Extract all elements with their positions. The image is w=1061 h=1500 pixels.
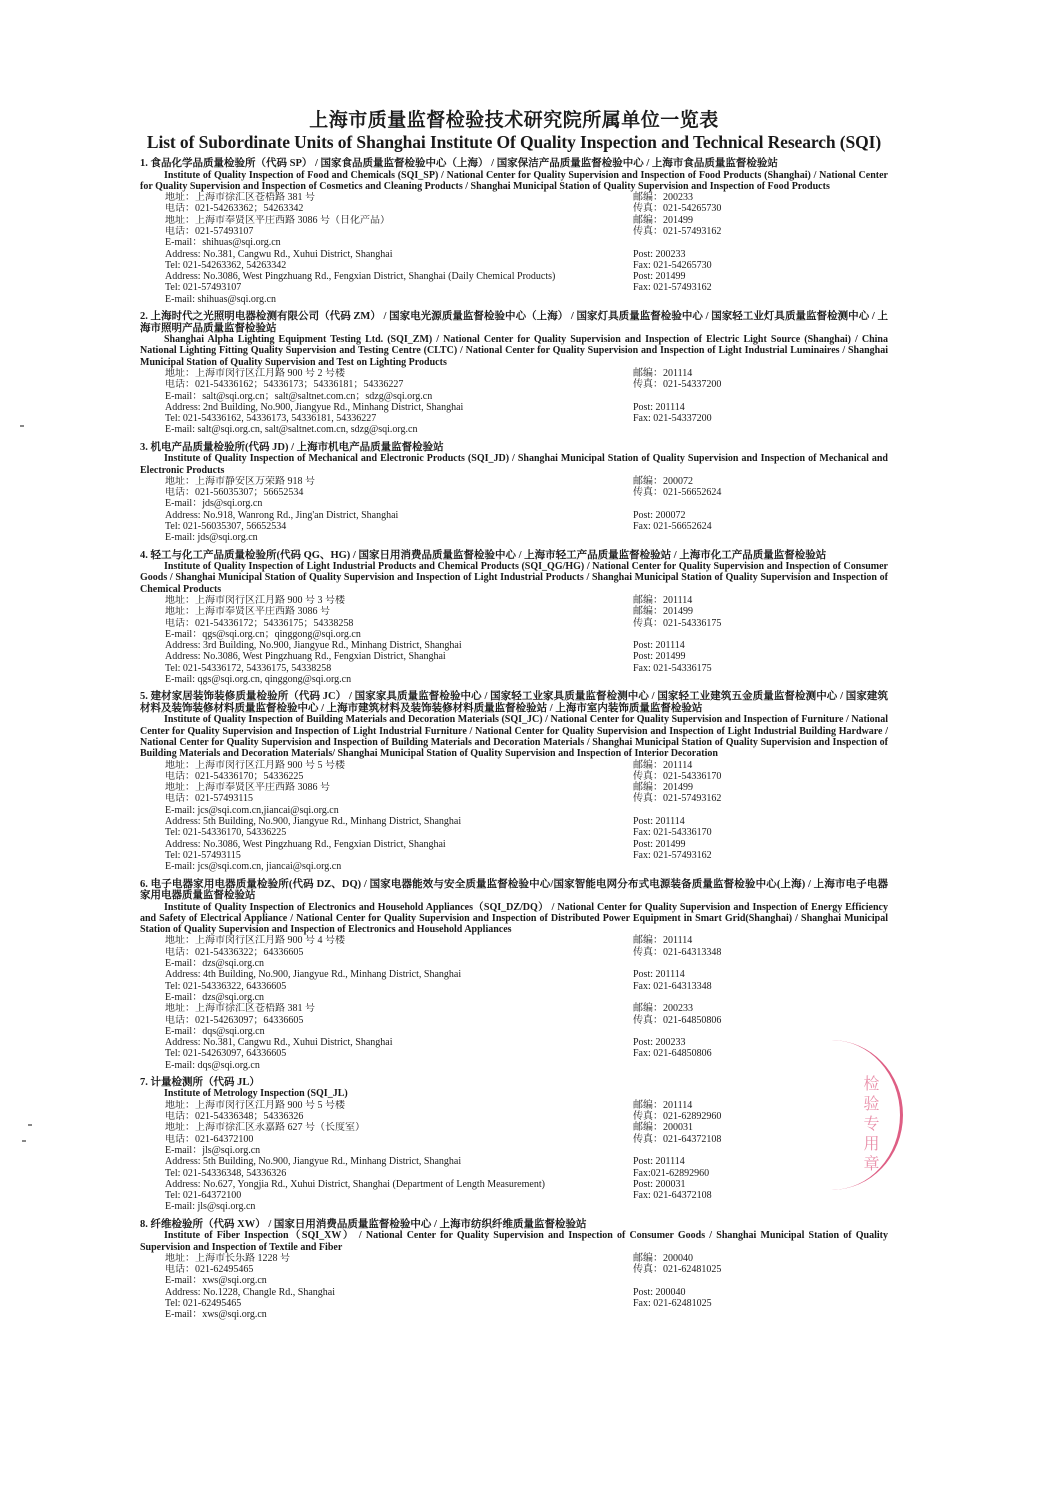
- contact-row: Address: 5th Building, No.900, Jiangyue …: [165, 816, 888, 827]
- contact-code: 邮编：200072: [633, 476, 888, 487]
- contact-detail: 电话：021-57493107: [165, 226, 633, 237]
- contact-code: [633, 294, 888, 305]
- contact-row: 地址：上海市徐汇区苍梧路 381 号邮编：200233: [165, 192, 888, 203]
- contact-detail: Address: 3rd Building, No.900, Jiangyue …: [165, 640, 633, 651]
- unit-heading-chinese: 3. 机电产品质量检验所(代码 JD) / 上海市机电产品质量监督检验站: [140, 442, 888, 454]
- contact-detail: E-mail：jds@sqi.org.cn: [165, 498, 633, 509]
- contact-detail: E-mail: jcs@sqi.com.cn,jiancai@sqi.org.c…: [165, 805, 633, 816]
- contact-detail: 电话：021-62495465: [165, 1264, 633, 1275]
- contact-code: 邮编：200040: [633, 1253, 888, 1264]
- contact-code: [633, 391, 888, 402]
- contact-code: Fax: 021-54337200: [633, 413, 888, 424]
- contact-detail: 电话：021-56035307；56652534: [165, 487, 633, 498]
- contact-detail: 电话：021-54336172；54336175；54338258: [165, 618, 633, 629]
- contact-detail: Tel: 021-54263097, 64336605: [165, 1048, 633, 1059]
- contact-code: [633, 1201, 888, 1212]
- contact-code: Fax: 021-57493162: [633, 850, 888, 861]
- contact-detail: 电话：021-54336348；54336326: [165, 1111, 633, 1122]
- contact-detail: 电话：021-54263362；54263342: [165, 203, 633, 214]
- unit-heading-chinese: 1. 食品化学品质量检验所（代码 SP） / 国家食品质量监督检验中心（上海） …: [140, 158, 888, 170]
- scan-mark: [20, 425, 24, 427]
- contact-detail: Address: 4th Building, No.900, Jiangyue …: [165, 969, 633, 980]
- contact-detail: 电话：021-64372100: [165, 1134, 633, 1145]
- contact-detail: 地址：上海市闵行区江月路 900 号 4 号楼: [165, 935, 633, 946]
- contact-row: Address: 3rd Building, No.900, Jiangyue …: [165, 640, 888, 651]
- contact-row: 电话：021-62495465传真：021-62481025: [165, 1264, 888, 1275]
- contact-detail: 电话：021-54336162；54336173；54336181；543362…: [165, 379, 633, 390]
- contact-code: 邮编：201499: [633, 782, 888, 793]
- unit-heading-english: Institute of Fiber Inspection（SQI_XW） / …: [140, 1230, 888, 1253]
- contact-detail: Tel: 021-62495465: [165, 1298, 633, 1309]
- contact-detail: E-mail: qgs@sqi.org.cn, qinggong@sqi.org…: [165, 674, 633, 685]
- contact-row: E-mail: jcs@sqi.com.cn, jiancai@sqi.org.…: [165, 861, 888, 872]
- contact-code: Fax: 021-57493162: [633, 282, 888, 293]
- contact-code: [633, 992, 888, 1003]
- unit-heading-chinese: 5. 建材家居装饰装修质量检验所（代码 JC） / 国家家具质量监督检验中心 /…: [140, 691, 888, 714]
- contact-row: 地址：上海市闵行区江月路 900 号 4 号楼邮编：201114: [165, 935, 888, 946]
- contact-detail: 地址：上海市闵行区江月路 900 号 5 号楼: [165, 1100, 633, 1111]
- contact-code: [633, 674, 888, 685]
- contact-code: 传真：021-62481025: [633, 1264, 888, 1275]
- contact-detail: Address: 5th Building, No.900, Jiangyue …: [165, 816, 633, 827]
- unit-heading-english: Institute of Quality Inspection of Elect…: [140, 902, 888, 936]
- contact-detail: Tel: 021-54336170, 54336225: [165, 827, 633, 838]
- unit-heading-english: Institute of Quality Inspection of Mecha…: [140, 453, 888, 476]
- contact-row: 地址：上海市闵行区江月路 900 号 3 号楼邮编：201114: [165, 595, 888, 606]
- contact-detail: E-mail：jls@sqi.org.cn: [165, 1145, 633, 1156]
- contact-detail: 地址：上海市闵行区江月路 900 号 5 号楼: [165, 760, 633, 771]
- scan-mark: [28, 1124, 32, 1126]
- contact-code: Fax: 021-64372108: [633, 1190, 888, 1201]
- contact-row: Tel: 021-54336172, 54336175, 54338258Fax…: [165, 663, 888, 674]
- contact-row: 电话：021-54336172；54336175；54338258传真：021-…: [165, 618, 888, 629]
- contact-row: 电话：021-54336170；54336225传真：021-54336170: [165, 771, 888, 782]
- unit-section: 5. 建材家居装饰装修质量检验所（代码 JC） / 国家家具质量监督检验中心 /…: [140, 691, 888, 872]
- unit-section: 4. 轻工与化工产品质量检验所(代码 QG、HG) / 国家日用消费品质量监督检…: [140, 550, 888, 686]
- contact-row: E-mail：qgs@sqi.org.cn；qinggong@sqi.org.c…: [165, 629, 888, 640]
- contact-row: E-mail：salt@sqi.org.cn；salt@saltnet.com.…: [165, 391, 888, 402]
- unit-heading-english: Shanghai Alpha Lighting Equipment Testin…: [140, 334, 888, 368]
- contact-row: Tel: 021-54336348, 54336326Fax:021-62892…: [165, 1168, 888, 1179]
- contact-row: E-mail：xws@sqi.org.cn: [165, 1309, 888, 1320]
- contact-detail: 地址：上海市奉贤区平庄西路 3086 号: [165, 782, 633, 793]
- contact-row: Tel: 021-54263097, 64336605Fax: 021-6485…: [165, 1048, 888, 1059]
- contact-code: Post: 201499: [633, 839, 888, 850]
- contact-detail: E-mail: jcs@sqi.com.cn, jiancai@sqi.org.…: [165, 861, 633, 872]
- contact-detail: 地址：上海市长乐路 1228 号: [165, 1253, 633, 1264]
- contact-code: Post: 200233: [633, 249, 888, 260]
- contact-detail: 电话：021-54336170；54336225: [165, 771, 633, 782]
- unit-section: 1. 食品化学品质量检验所（代码 SP） / 国家食品质量监督检验中心（上海） …: [140, 158, 888, 305]
- contact-row: E-mail: jls@sqi.org.cn: [165, 1201, 888, 1212]
- contact-code: Post: 201114: [633, 816, 888, 827]
- contact-row: 地址：上海市奉贤区平庄西路 3086 号邮编：201499: [165, 782, 888, 793]
- contact-detail: 电话：021-54263097；64336605: [165, 1015, 633, 1026]
- contact-row: Address: No.381, Cangwu Rd., Xuhui Distr…: [165, 249, 888, 260]
- contact-detail: Address: No.3086, West Pingzhuang Rd., F…: [165, 839, 633, 850]
- scan-mark: [22, 1140, 26, 1142]
- contact-row: Address: No.3086, West Pingzhuang Rd., F…: [165, 839, 888, 850]
- contact-row: 电话：021-54336322；64336605传真：021-64313348: [165, 947, 888, 958]
- contact-row: E-mail：dzs@sqi.org.cn: [165, 992, 888, 1003]
- unit-heading-english: Institute of Quality Inspection of Build…: [140, 714, 888, 759]
- contact-detail: 地址：上海市闵行区江月路 900 号 3 号楼: [165, 595, 633, 606]
- contact-row: E-mail: salt@sqi.org.cn, salt@saltnet.co…: [165, 424, 888, 435]
- contact-code: [633, 532, 888, 543]
- contact-row: E-mail: jds@sqi.org.cn: [165, 532, 888, 543]
- contact-code: [633, 1275, 888, 1286]
- contact-detail: Address: No.381, Cangwu Rd., Xuhui Distr…: [165, 249, 633, 260]
- unit-heading-chinese: 8. 纤维检验所（代码 XW） / 国家日用消费品质量监督检验中心 / 上海市纺…: [140, 1219, 888, 1231]
- contact-code: [633, 861, 888, 872]
- contact-detail: Tel: 021-57493115: [165, 850, 633, 861]
- contact-row: 地址：上海市闵行区江月路 900 号 5 号楼邮编：201114: [165, 760, 888, 771]
- contact-row: Address: No.3086, West Pingzhuang Rd., F…: [165, 271, 888, 282]
- contact-detail: E-mail：dzs@sqi.org.cn: [165, 992, 633, 1003]
- contact-detail: E-mail：xws@sqi.org.cn: [165, 1275, 633, 1286]
- contact-detail: E-mail：salt@sqi.org.cn；salt@saltnet.com.…: [165, 391, 633, 402]
- unit-heading-english: Institute of Quality Inspection of Light…: [140, 561, 888, 595]
- contact-detail: Address: No.1228, Changle Rd., Shanghai: [165, 1287, 633, 1298]
- contact-detail: E-mail：qgs@sqi.org.cn；qinggong@sqi.org.c…: [165, 629, 633, 640]
- contact-row: E-mail: qgs@sqi.org.cn, qinggong@sqi.org…: [165, 674, 888, 685]
- contact-code: 传真：021-54336175: [633, 618, 888, 629]
- contact-detail: Tel: 021-57493107: [165, 282, 633, 293]
- contact-row: E-mail：dzs@sqi.org.cn: [165, 958, 888, 969]
- contact-detail: 地址：上海市徐汇区永嘉路 627 号（长度室）: [165, 1122, 633, 1133]
- contact-code: [633, 498, 888, 509]
- contact-code: [633, 424, 888, 435]
- contact-row: Tel: 021-64372100Fax: 021-64372108: [165, 1190, 888, 1201]
- contact-detail: E-mail: jls@sqi.org.cn: [165, 1201, 633, 1212]
- contact-detail: 地址：上海市静安区万荣路 918 号: [165, 476, 633, 487]
- contact-code: [633, 805, 888, 816]
- contact-row: Address: No.3086, West Pingzhuang Rd., F…: [165, 651, 888, 662]
- contact-code: Post: 201114: [633, 640, 888, 651]
- contact-row: E-mail：xws@sqi.org.cn: [165, 1275, 888, 1286]
- contact-code: Post: 201114: [633, 969, 888, 980]
- contact-code: 邮编：201114: [633, 595, 888, 606]
- contact-code: 邮编：201499: [633, 215, 888, 226]
- contact-code: 传真：021-54336170: [633, 771, 888, 782]
- contact-detail: 地址：上海市徐汇区苍梧路 381 号: [165, 1003, 633, 1014]
- contact-code: 邮编：200233: [633, 192, 888, 203]
- contact-row: E-mail：jds@sqi.org.cn: [165, 498, 888, 509]
- unit-section: 8. 纤维检验所（代码 XW） / 国家日用消费品质量监督检验中心 / 上海市纺…: [140, 1219, 888, 1321]
- unit-section: 6. 电子电器家用电器质量检验所(代码 DZ、DQ) / 国家电器能效与安全质量…: [140, 879, 888, 1071]
- unit-heading-chinese: 6. 电子电器家用电器质量检验所(代码 DZ、DQ) / 国家电器能效与安全质量…: [140, 879, 888, 902]
- contact-row: 电话：021-57493115传真：021-57493162: [165, 793, 888, 804]
- contact-row: Address: No.1228, Changle Rd., ShanghaiP…: [165, 1287, 888, 1298]
- contact-row: E-mail: shihuas@sqi.org.cn: [165, 294, 888, 305]
- contact-detail: Tel: 021-64372100: [165, 1190, 633, 1201]
- contact-code: 邮编：200233: [633, 1003, 888, 1014]
- contact-row: 电话：021-57493107传真：021-57493162: [165, 226, 888, 237]
- contact-detail: Address: No.381, Cangwu Rd., Xuhui Distr…: [165, 1037, 633, 1048]
- contact-code: 邮编：201114: [633, 760, 888, 771]
- contact-row: Address: 4th Building, No.900, Jiangyue …: [165, 969, 888, 980]
- contact-detail: E-mail：xws@sqi.org.cn: [165, 1309, 633, 1320]
- contact-row: 地址：上海市静安区万荣路 918 号邮编：200072: [165, 476, 888, 487]
- contact-code: [633, 958, 888, 969]
- contact-detail: Address: No.3086, West Pingzhuang Rd., F…: [165, 271, 633, 282]
- contact-code: Fax: 021-62481025: [633, 1298, 888, 1309]
- contact-code: 传真：021-64850806: [633, 1015, 888, 1026]
- official-seal-stamp: [760, 1040, 903, 1190]
- contact-detail: Address: 5th Building, No.900, Jiangyue …: [165, 1156, 633, 1167]
- contact-row: E-mail: jcs@sqi.com.cn,jiancai@sqi.org.c…: [165, 805, 888, 816]
- contact-detail: Tel: 021-54336322, 64336605: [165, 981, 633, 992]
- contact-code: 邮编：201499: [633, 606, 888, 617]
- contact-code: [633, 629, 888, 640]
- contact-detail: 地址：上海市奉贤区平庄西路 3086 号: [165, 606, 633, 617]
- unit-heading-chinese: 2. 上海时代之光照明电器检测有限公司（代码 ZM） / 国家电光源质量监督检验…: [140, 311, 888, 334]
- contact-detail: E-mail: jds@sqi.org.cn: [165, 532, 633, 543]
- contact-code: Post: 200072: [633, 510, 888, 521]
- contact-code: [633, 1026, 888, 1037]
- contact-detail: 电话：021-57493115: [165, 793, 633, 804]
- contact-detail: E-mail: shihuas@sqi.org.cn: [165, 294, 633, 305]
- contact-detail: 地址：上海市徐汇区苍梧路 381 号: [165, 192, 633, 203]
- contact-row: 电话：021-54263362；54263342传真：021-54265730: [165, 203, 888, 214]
- contact-row: Tel: 021-62495465Fax: 021-62481025: [165, 1298, 888, 1309]
- contact-detail: E-mail：dzs@sqi.org.cn: [165, 958, 633, 969]
- stamp-text: 检验专用章: [858, 1075, 881, 1175]
- contact-row: Address: No.918, Wanrong Rd., Jing'an Di…: [165, 510, 888, 521]
- contact-row: Tel: 021-54336162, 54336173, 54336181, 5…: [165, 413, 888, 424]
- contact-row: 地址：上海市长乐路 1228 号邮编：200040: [165, 1253, 888, 1264]
- contact-row: Tel: 021-57493107Fax: 021-57493162: [165, 282, 888, 293]
- contact-code: 传真：021-56652624: [633, 487, 888, 498]
- contact-code: 传真：021-57493162: [633, 793, 888, 804]
- contact-row: Tel: 021-54263362, 54263342Fax: 021-5426…: [165, 260, 888, 271]
- contact-detail: Tel: 021-54263362, 54263342: [165, 260, 633, 271]
- contact-code: Fax: 021-54336170: [633, 827, 888, 838]
- unit-heading-english: Institute of Quality Inspection of Food …: [140, 170, 888, 193]
- contact-detail: Address: 2nd Building, No.900, Jiangyue …: [165, 402, 633, 413]
- contact-detail: E-mail: dqs@sqi.org.cn: [165, 1060, 633, 1071]
- contact-detail: E-mail：dqs@sqi.org.cn: [165, 1026, 633, 1037]
- contact-row: 地址：上海市奉贤区平庄西路 3086 号邮编：201499: [165, 606, 888, 617]
- contact-code: Post: 201114: [633, 402, 888, 413]
- contact-row: Tel: 021-54336170, 54336225Fax: 021-5433…: [165, 827, 888, 838]
- contact-detail: 电话：021-54336322；64336605: [165, 947, 633, 958]
- contact-code: [633, 237, 888, 248]
- contact-code: 传真：021-57493162: [633, 226, 888, 237]
- contact-row: 地址：上海市徐汇区苍梧路 381 号邮编：200233: [165, 1003, 888, 1014]
- contact-row: 电话：021-54336162；54336173；54336181；543362…: [165, 379, 888, 390]
- contact-code: Fax: 021-64313348: [633, 981, 888, 992]
- contact-code: Post: 201499: [633, 271, 888, 282]
- contact-row: 电话：021-54263097；64336605传真：021-64850806: [165, 1015, 888, 1026]
- contact-code: Post: 201499: [633, 651, 888, 662]
- contact-row: Tel: 021-57493115Fax: 021-57493162: [165, 850, 888, 861]
- contact-detail: E-mail：shihuas@sqi.org.cn: [165, 237, 633, 248]
- contact-code: 传真：021-54337200: [633, 379, 888, 390]
- contact-code: 传真：021-54265730: [633, 203, 888, 214]
- contact-detail: Tel: 021-54336348, 54336326: [165, 1168, 633, 1179]
- unit-heading-chinese: 4. 轻工与化工产品质量检验所(代码 QG、HG) / 国家日用消费品质量监督检…: [140, 550, 888, 562]
- contact-row: Address: No.627, Yongjia Rd., Xuhui Dist…: [165, 1179, 888, 1190]
- contact-code: Fax: 021-54336175: [633, 663, 888, 674]
- contact-code: 邮编：201114: [633, 935, 888, 946]
- contact-detail: 地址：上海市闵行区江月路 900 号 2 号楼: [165, 368, 633, 379]
- contact-row: 地址：上海市奉贤区平庄西路 3086 号（日化产品）邮编：201499: [165, 215, 888, 226]
- contact-row: 地址：上海市闵行区江月路 900 号 2 号楼邮编：201114: [165, 368, 888, 379]
- contact-row: Address: No.381, Cangwu Rd., Xuhui Distr…: [165, 1037, 888, 1048]
- unit-section: 2. 上海时代之光照明电器检测有限公司（代码 ZM） / 国家电光源质量监督检验…: [140, 311, 888, 436]
- contact-code: Fax: 021-56652624: [633, 521, 888, 532]
- page-title-english: List of Subordinate Units of Shanghai In…: [140, 132, 888, 152]
- contact-detail: Address: No.3086, West Pingzhuang Rd., F…: [165, 651, 633, 662]
- contact-code: 邮编：201114: [633, 368, 888, 379]
- contact-detail: E-mail: salt@sqi.org.cn, salt@saltnet.co…: [165, 424, 633, 435]
- contact-code: [633, 1309, 888, 1320]
- contact-detail: Address: No.918, Wanrong Rd., Jing'an Di…: [165, 510, 633, 521]
- contact-code: 传真：021-64313348: [633, 947, 888, 958]
- contact-row: Address: 2nd Building, No.900, Jiangyue …: [165, 402, 888, 413]
- contact-detail: Tel: 021-54336162, 54336173, 54336181, 5…: [165, 413, 633, 424]
- unit-section: 3. 机电产品质量检验所(代码 JD) / 上海市机电产品质量监督检验站Inst…: [140, 442, 888, 544]
- contact-detail: Tel: 021-54336172, 54336175, 54338258: [165, 663, 633, 674]
- contact-detail: Tel: 021-56035307, 56652534: [165, 521, 633, 532]
- contact-row: E-mail：dqs@sqi.org.cn: [165, 1026, 888, 1037]
- contact-row: Tel: 021-56035307, 56652534Fax: 021-5665…: [165, 521, 888, 532]
- contact-detail: Address: No.627, Yongjia Rd., Xuhui Dist…: [165, 1179, 633, 1190]
- contact-row: E-mail：shihuas@sqi.org.cn: [165, 237, 888, 248]
- contact-detail: 地址：上海市奉贤区平庄西路 3086 号（日化产品）: [165, 215, 633, 226]
- contact-code: Post: 200040: [633, 1287, 888, 1298]
- contact-row: Tel: 021-54336322, 64336605Fax: 021-6431…: [165, 981, 888, 992]
- page-title-chinese: 上海市质量监督检验技术研究院所属单位一览表: [140, 110, 888, 132]
- contact-code: Fax: 021-54265730: [633, 260, 888, 271]
- contact-row: 电话：021-56035307；56652534传真：021-56652624: [165, 487, 888, 498]
